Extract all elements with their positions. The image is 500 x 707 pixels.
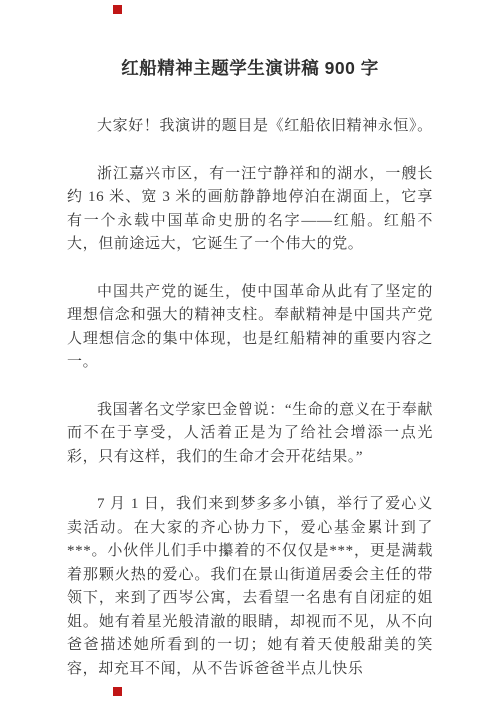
paragraph-party-birth: 中国共产党的诞生，使中国革命从此有了坚定的理想信念和强大的精神支柱。奉献精神是中… <box>67 281 433 375</box>
paragraph-greeting: 大家好！我演讲的题目是《红船依旧精神永恒》。 <box>67 115 433 139</box>
paragraph-red-boat-intro: 浙江嘉兴市区，有一汪宁静祥和的湖水，一艘长约 16 米、宽 3 米的画舫静静地停… <box>67 163 433 257</box>
paragraph-charity-event: 7 月 1 日，我们来到梦多多小镇，举行了爱心义卖活动。在大家的齐心协力下，爱心… <box>67 493 433 681</box>
document-title: 红船精神主题学生演讲稿 900 字 <box>67 55 433 82</box>
document-page: 红船精神主题学生演讲稿 900 字 大家好！我演讲的题目是《红船依旧精神永恒》。… <box>0 0 500 707</box>
red-marker-top <box>113 5 122 14</box>
document-content: 红船精神主题学生演讲稿 900 字 大家好！我演讲的题目是《红船依旧精神永恒》。… <box>0 0 500 681</box>
paragraph-bajin-quote: 我国著名文学家巴金曾说：“生命的意义在于奉献而不在于享受，人活着正是为了给社会增… <box>67 399 433 470</box>
red-marker-bottom <box>113 687 122 696</box>
